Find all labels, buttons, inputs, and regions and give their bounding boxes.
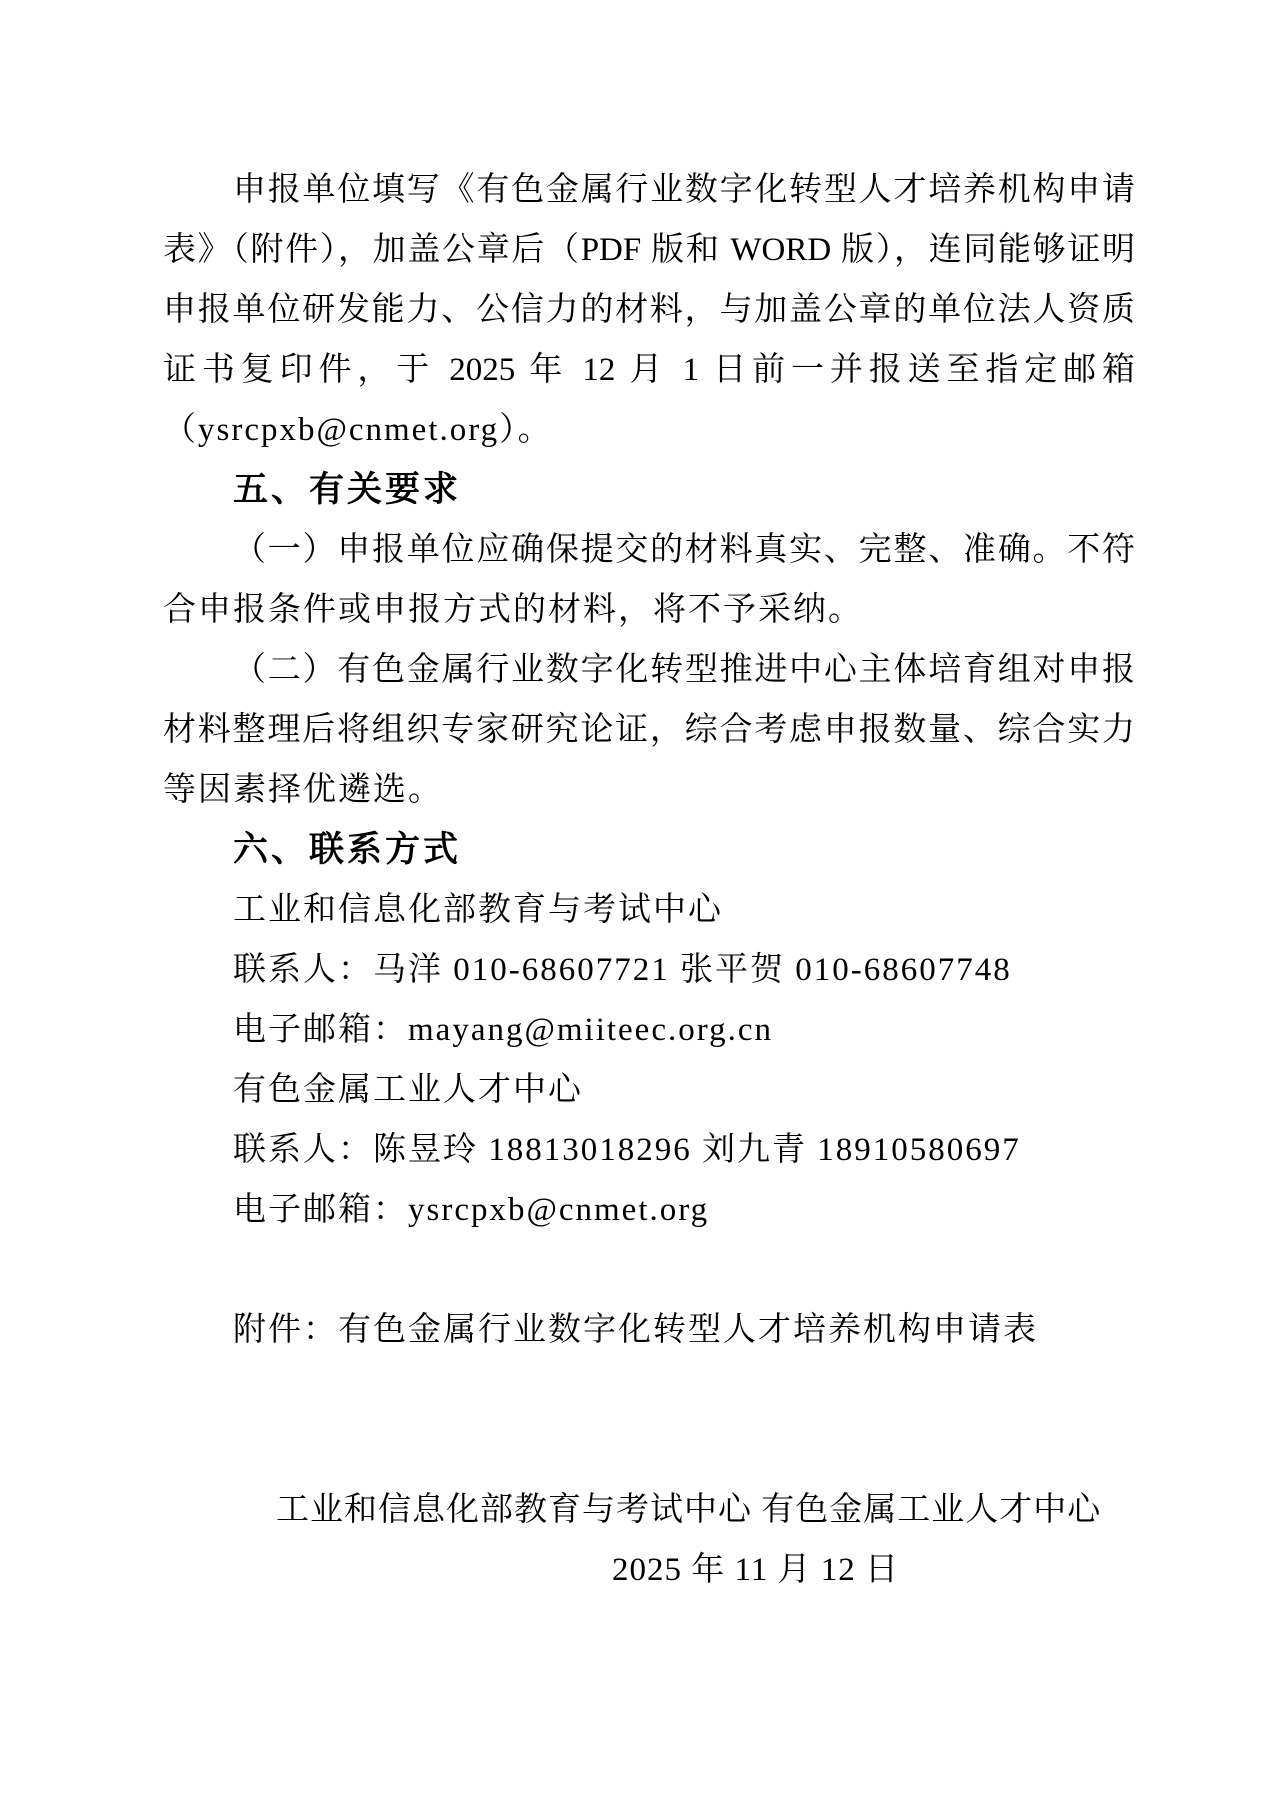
para-submission-line-4: 证书复印件，于 2025 年 12 月 1 日前一并报送至指定邮箱 bbox=[163, 340, 1135, 400]
contact-org-1: 工业和信息化部教育与考试中心 bbox=[163, 880, 1135, 940]
requirements-item1-line-2: 合申报条件或申报方式的材料，将不予采纳。 bbox=[163, 580, 1135, 640]
requirements-item2-line-3: 等因素择优遴选。 bbox=[163, 760, 1135, 820]
document-page: 申报单位填写《有色金属行业数字化转型人才培养机构申请 表》（附件），加盖公章后（… bbox=[0, 0, 1280, 1809]
signature-date-line: 2025 年 11 月 12 日 bbox=[163, 1540, 1135, 1600]
requirements-item2-line-1: （二）有色金属行业数字化转型推进中心主体培育组对申报 bbox=[163, 640, 1135, 700]
para-submission-line-3: 申报单位研发能力、公信力的材料，与加盖公章的单位法人资质 bbox=[163, 280, 1135, 340]
contact-email-1: 电子邮箱：mayang@miiteec.org.cn bbox=[163, 1000, 1135, 1060]
document-content: 申报单位填写《有色金属行业数字化转型人才培养机构申请 表》（附件），加盖公章后（… bbox=[163, 160, 1135, 1600]
blank-line bbox=[163, 1360, 1135, 1420]
signature-org-line: 工业和信息化部教育与考试中心 有色金属工业人才中心 bbox=[163, 1480, 1135, 1540]
contact-org-2: 有色金属工业人才中心 bbox=[163, 1060, 1135, 1120]
contact-email-2: 电子邮箱：ysrcpxb@cnmet.org bbox=[163, 1180, 1135, 1240]
requirements-item1-line-1: （一）申报单位应确保提交的材料真实、完整、准确。不符 bbox=[163, 520, 1135, 580]
section-heading-contact: 六、联系方式 bbox=[163, 820, 1135, 880]
attachment-line: 附件：有色金属行业数字化转型人才培养机构申请表 bbox=[163, 1300, 1135, 1360]
contact-persons-2: 联系人：陈昱玲 18813018296 刘九青 18910580697 bbox=[163, 1120, 1135, 1180]
para-submission-line-1: 申报单位填写《有色金属行业数字化转型人才培养机构申请 bbox=[163, 160, 1135, 220]
blank-line bbox=[163, 1240, 1135, 1300]
para-submission-line-5: （ysrcpxb@cnmet.org）。 bbox=[163, 400, 1135, 460]
requirements-item2-line-2: 材料整理后将组织专家研究论证，综合考虑申报数量、综合实力 bbox=[163, 700, 1135, 760]
para-submission-line-2: 表》（附件），加盖公章后（PDF 版和 WORD 版），连同能够证明 bbox=[163, 220, 1135, 280]
contact-persons-1: 联系人：马洋 010-68607721 张平贺 010-68607748 bbox=[163, 940, 1135, 1000]
section-heading-requirements: 五、有关要求 bbox=[163, 460, 1135, 520]
blank-line bbox=[163, 1420, 1135, 1480]
